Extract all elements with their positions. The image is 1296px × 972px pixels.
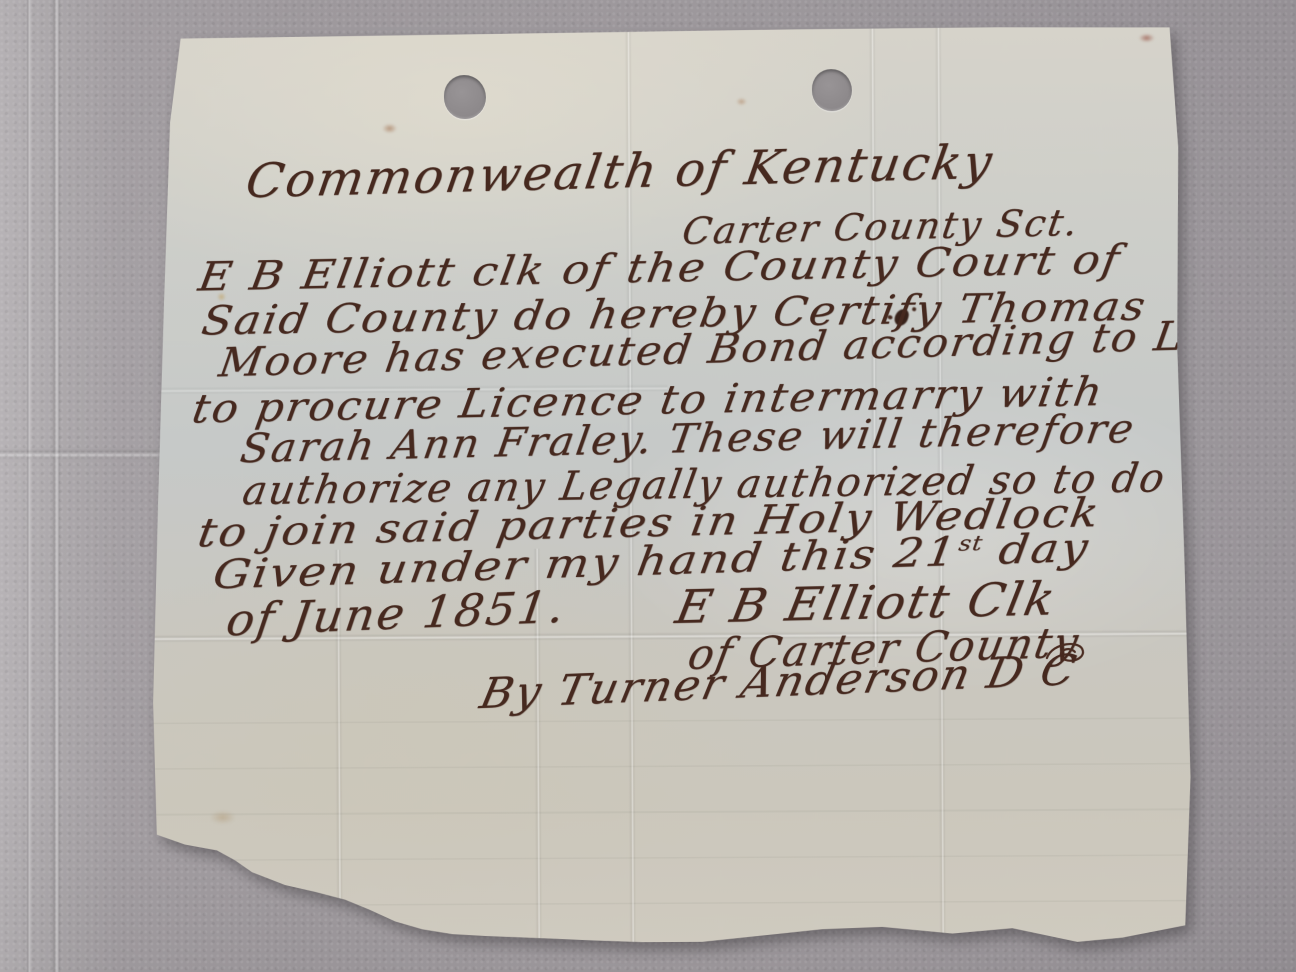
foxing-spot — [210, 810, 236, 824]
photo-of-document: Commonwealth of Kentucky Carter County S… — [0, 0, 1296, 972]
punch-hole-right — [812, 69, 852, 111]
surface-seam-vertical-left — [26, 0, 32, 972]
foxing-spot — [382, 123, 397, 133]
date-line-text-end: day — [979, 525, 1093, 575]
paper-sheet: Commonwealth of Kentucky Carter County S… — [146, 25, 1199, 950]
foxing-spot — [1139, 33, 1155, 42]
document-paper: Commonwealth of Kentucky Carter County S… — [146, 25, 1199, 950]
punch-hole-left — [444, 75, 486, 119]
foxing-spot — [736, 98, 747, 106]
ruled-lines — [149, 673, 1198, 948]
surface-seam-vertical — [52, 0, 61, 972]
handwriting-title: Commonwealth of Kentucky — [242, 135, 997, 210]
